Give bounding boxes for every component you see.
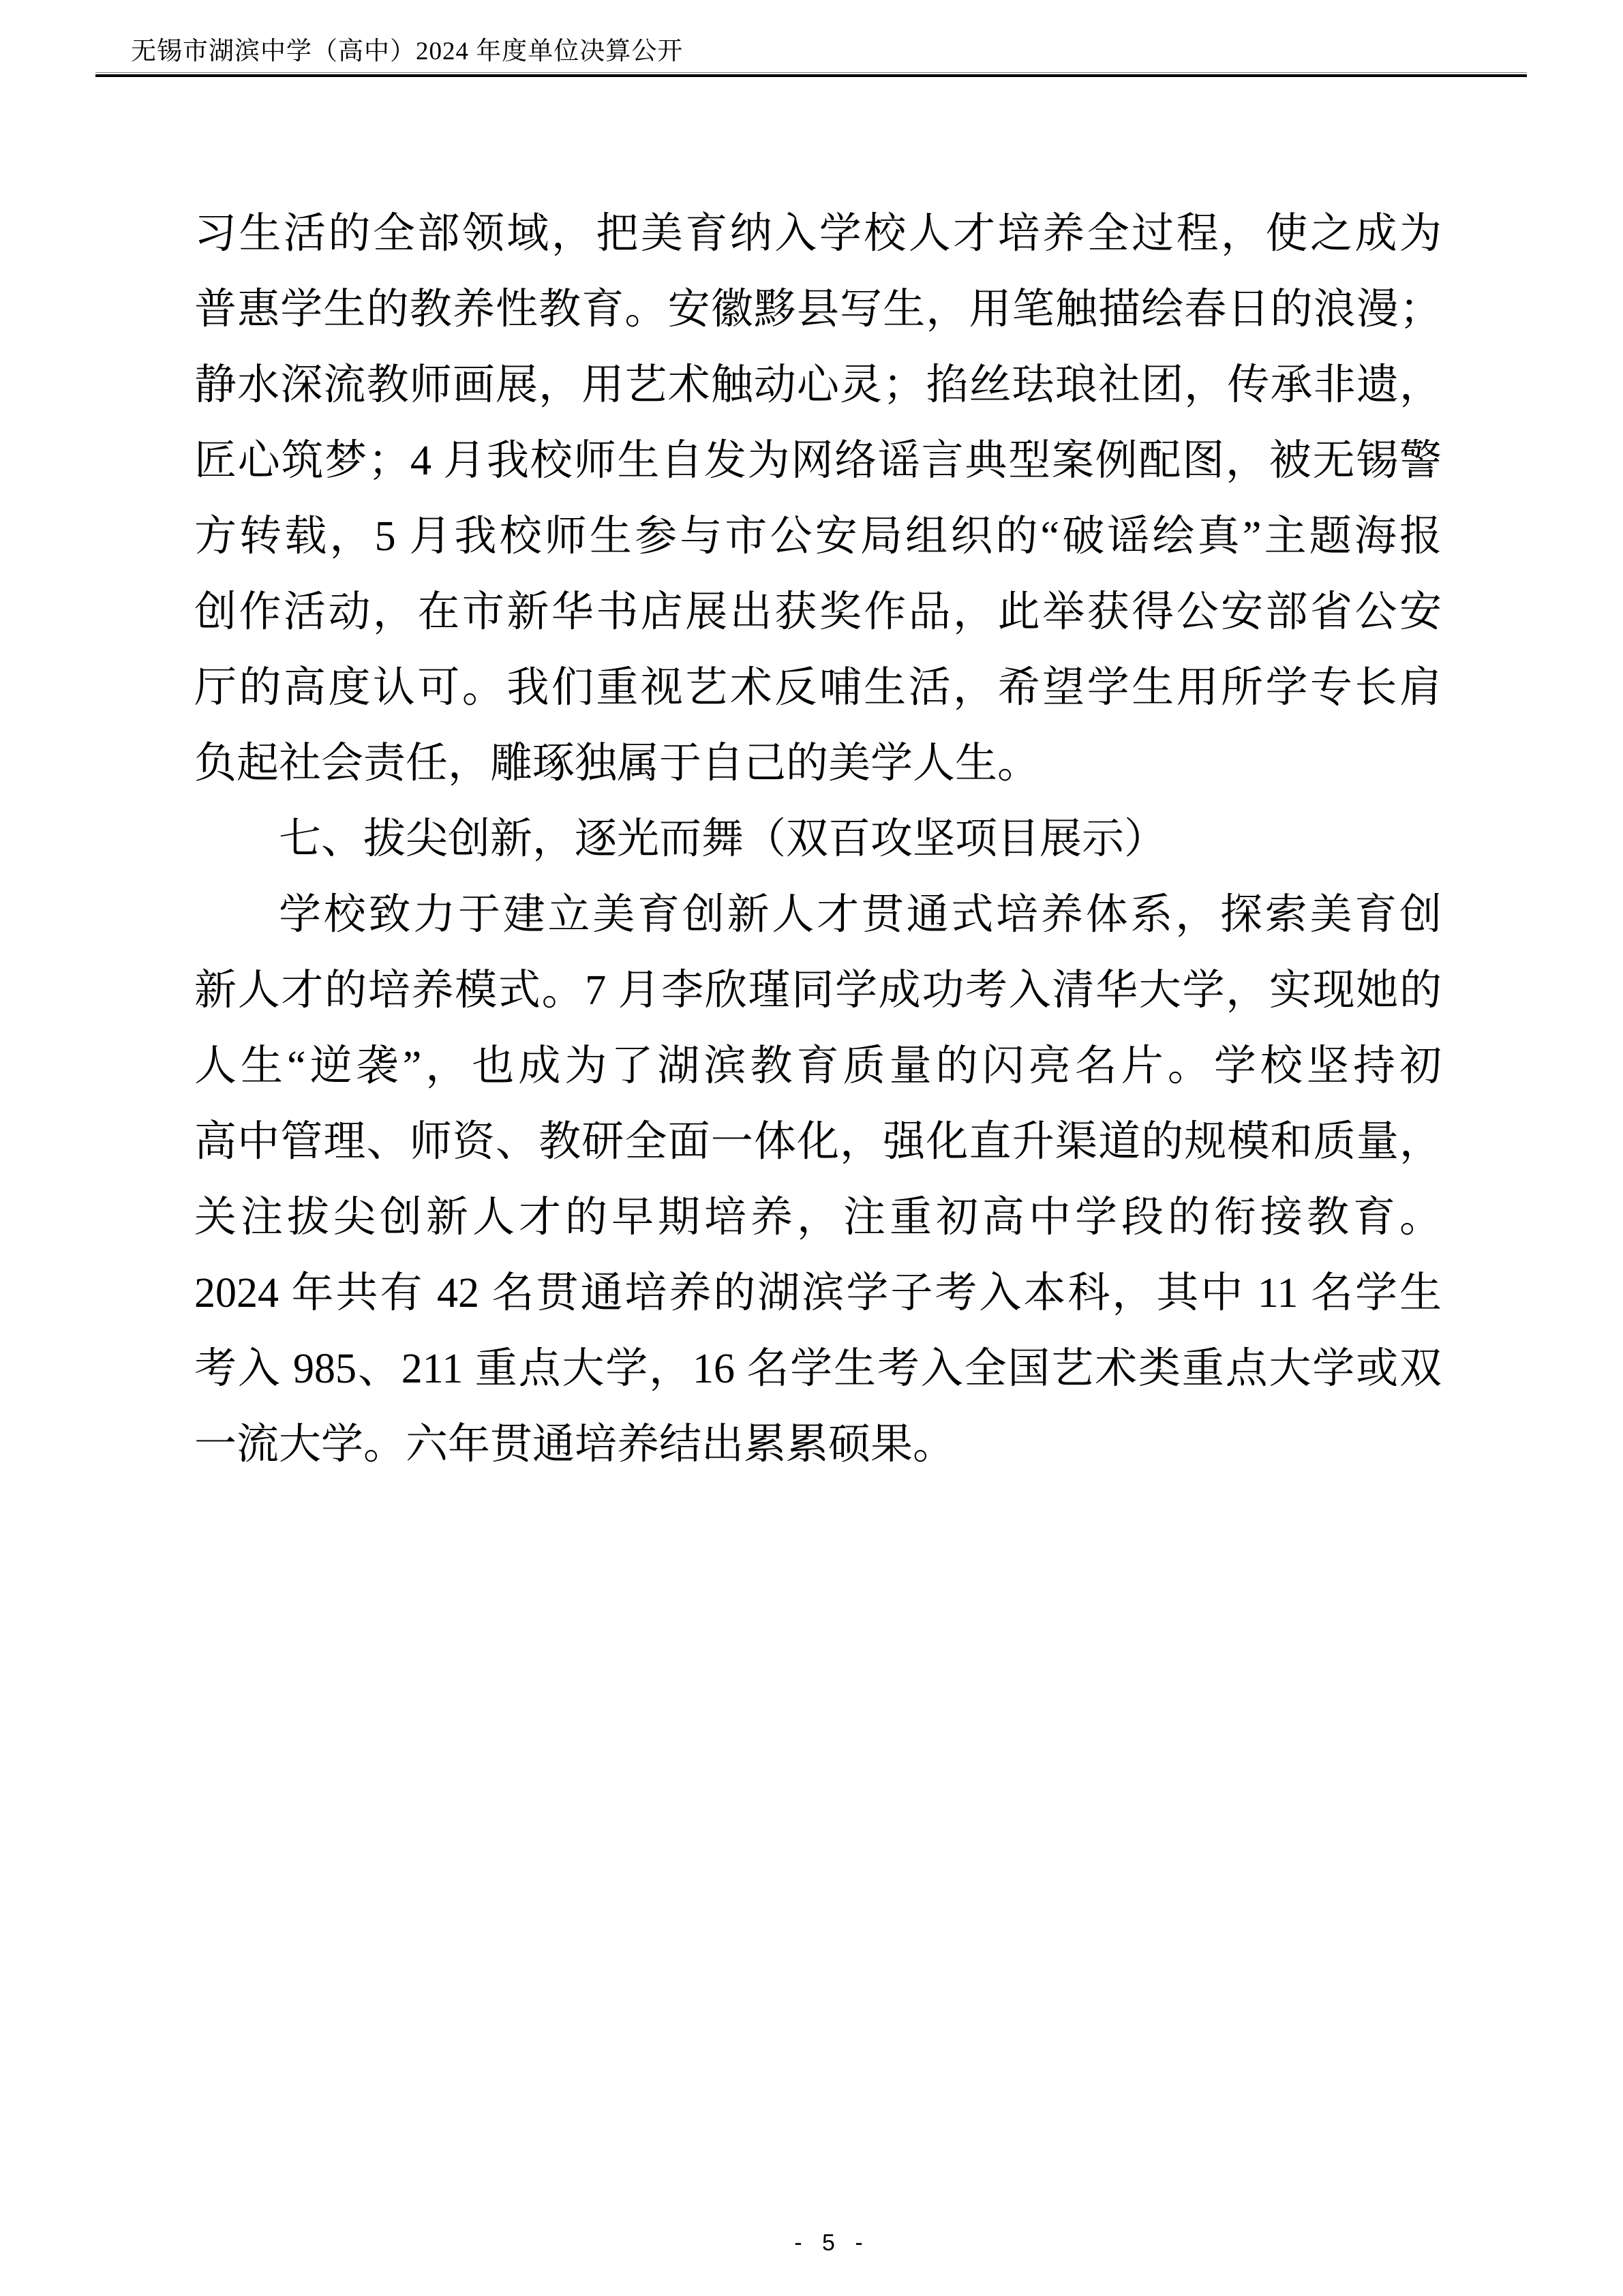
body-line: 静水深流教师画展，用艺术触动心灵；掐丝珐琅社团，传承非遗， <box>194 348 1442 423</box>
document-page: 无锡市湖滨中学（高中）2024 年度单位决算公开 习生活的全部领域，把美育纳入学… <box>0 0 1623 2296</box>
body-line: 考入 985、211 重点大学，16 名学生考入全国艺术类重点大学或双 <box>194 1331 1442 1407</box>
page-footer: - 5 - <box>0 2230 1623 2256</box>
body-line: 高中管理、师资、教研全面一体化，强化直升渠道的规模和质量， <box>194 1104 1442 1180</box>
header-title: 无锡市湖滨中学（高中）2024 年度单位决算公开 <box>95 35 1527 68</box>
body-line: 习生活的全部领域，把美育纳入学校人才培养全过程，使之成为 <box>194 196 1442 272</box>
page-header: 无锡市湖滨中学（高中）2024 年度单位决算公开 <box>95 35 1527 77</box>
body-line: 负起社会责任，雕琢独属于自己的美学人生。 <box>194 726 1442 802</box>
page-number: - 5 - <box>794 2230 869 2256</box>
body-line: 匠心筑梦；4 月我校师生自发为网络谣言典型案例配图，被无锡警 <box>194 423 1442 499</box>
document-body: 习生活的全部领域，把美育纳入学校人才培养全过程，使之成为 普惠学生的教养性教育。… <box>194 196 1442 1483</box>
body-line: 创作活动，在市新华书店展出获奖作品，此举获得公安部省公安 <box>194 575 1442 650</box>
section-heading: 七、拔尖创新，逐光而舞（双百攻坚项目展示） <box>194 802 1442 877</box>
body-line: 2024 年共有 42 名贯通培养的湖滨学子考入本科，其中 11 名学生 <box>194 1256 1442 1331</box>
body-line: 学校致力于建立美育创新人才贯通式培养体系，探索美育创 <box>194 877 1442 953</box>
body-line: 普惠学生的教养性教育。安徽黟县写生，用笔触描绘春日的浪漫； <box>194 272 1442 348</box>
body-line: 新人才的培养模式。7 月李欣瑾同学成功考入清华大学，实现她的 <box>194 953 1442 1029</box>
body-line: 人生“逆袭”，也成为了湖滨教育质量的闪亮名片。学校坚持初 <box>194 1029 1442 1104</box>
body-line: 一流大学。六年贯通培养结出累累硕果。 <box>194 1407 1442 1483</box>
body-line: 方转载，5 月我校师生参与市公安局组织的“破谣绘真”主题海报 <box>194 499 1442 575</box>
body-line: 厅的高度认可。我们重视艺术反哺生活，希望学生用所学专长肩 <box>194 650 1442 726</box>
body-line: 关注拔尖创新人才的早期培养，注重初高中学段的衔接教育。 <box>194 1180 1442 1256</box>
header-rule-divider <box>95 72 1527 77</box>
